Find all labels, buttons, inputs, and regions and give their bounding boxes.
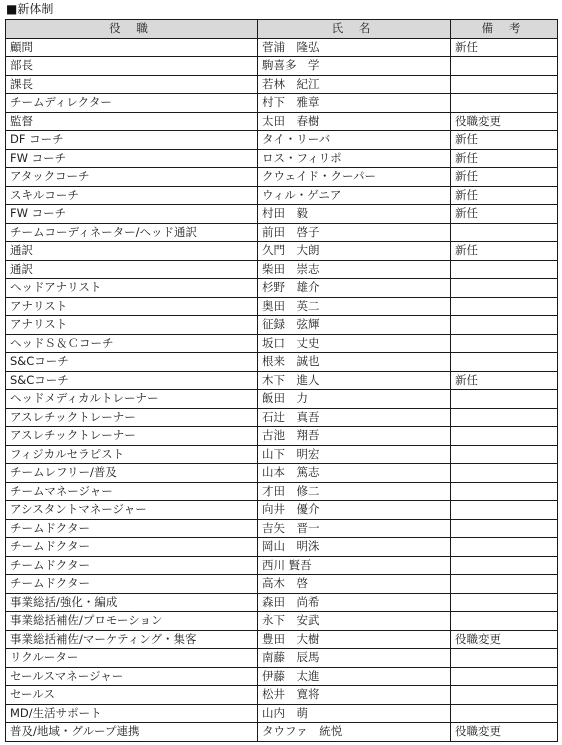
cell-note xyxy=(451,464,558,483)
cell-note: 新任 xyxy=(451,38,558,57)
cell-name: タイ・リーバ xyxy=(258,131,451,150)
cell-note: 役職変更 xyxy=(451,630,558,649)
table-row: アスレチックトレーナー石辻 真吾 xyxy=(6,408,558,427)
table-row: リクルーター南藤 辰馬 xyxy=(6,649,558,668)
cell-name: 森田 尚希 xyxy=(258,593,451,612)
table-row: FW コーチロス・フィリポ新任 xyxy=(6,149,558,168)
table-row: S&Cコーチ木下 進人新任 xyxy=(6,371,558,390)
cell-name: 駒喜多 学 xyxy=(258,57,451,76)
cell-role: セールスマネージャー xyxy=(6,667,258,686)
cell-role: アシスタントマネージャー xyxy=(6,501,258,520)
cell-note xyxy=(451,519,558,538)
cell-note xyxy=(451,57,558,76)
cell-name: ウィル・ゲニア xyxy=(258,186,451,205)
cell-role: 監督 xyxy=(6,112,258,131)
cell-role: ヘッドＳ＆Ｃコーチ xyxy=(6,334,258,353)
cell-role: 通訳 xyxy=(6,260,258,279)
cell-role: FW コーチ xyxy=(6,205,258,224)
table-body: 顧問菅浦 隆弘新任部長駒喜多 学課長若林 紀江チームディレクター村下 雅章監督太… xyxy=(6,38,558,741)
cell-name: 吉矢 晋一 xyxy=(258,519,451,538)
table-row: 監督太田 春樹役職変更 xyxy=(6,112,558,131)
table-row: ヘッドＳ＆Ｃコーチ坂口 丈史 xyxy=(6,334,558,353)
cell-name: 柴田 崇志 xyxy=(258,260,451,279)
cell-name: 村下 雅章 xyxy=(258,94,451,113)
cell-role: アスレチックトレーナー xyxy=(6,427,258,446)
table-row: 事業総括補佐/マーケティング・集客豊田 大樹役職変更 xyxy=(6,630,558,649)
cell-note: 新任 xyxy=(451,131,558,150)
cell-note xyxy=(451,538,558,557)
cell-note xyxy=(451,482,558,501)
cell-note xyxy=(451,445,558,464)
table-row: 事業総括/強化・編成森田 尚希 xyxy=(6,593,558,612)
table-row: ヘッドアナリスト杉野 雄介 xyxy=(6,279,558,298)
cell-name: 根来 誠也 xyxy=(258,353,451,372)
table-row: 顧問菅浦 隆弘新任 xyxy=(6,38,558,57)
cell-note: 役職変更 xyxy=(451,112,558,131)
section-title: ■新体制 xyxy=(6,2,53,17)
cell-role: アスレチックトレーナー xyxy=(6,408,258,427)
cell-note xyxy=(451,575,558,594)
cell-name: 若林 紀江 xyxy=(258,75,451,94)
cell-name: 南藤 辰馬 xyxy=(258,649,451,668)
cell-note xyxy=(451,649,558,668)
cell-note: 新任 xyxy=(451,186,558,205)
table-row: チームレフリー/普及山本 篤志 xyxy=(6,464,558,483)
cell-role: S&Cコーチ xyxy=(6,371,258,390)
cell-name: 山下 明宏 xyxy=(258,445,451,464)
table-row: チームコーディネーター/ヘッド通訳前田 啓子 xyxy=(6,223,558,242)
cell-name: タウファ 統悦 xyxy=(258,723,451,742)
cell-name: 才田 修二 xyxy=(258,482,451,501)
table-row: 普及/地域・グループ連携タウファ 統悦役職変更 xyxy=(6,723,558,742)
cell-name: 太田 春樹 xyxy=(258,112,451,131)
table-row: ヘッドメディカルトレーナー飯田 力 xyxy=(6,390,558,409)
table-row: セールスマネージャー伊藤 太進 xyxy=(6,667,558,686)
header-note: 備 考 xyxy=(451,20,558,39)
cell-role: リクルーター xyxy=(6,649,258,668)
cell-role: チームコーディネーター/ヘッド通訳 xyxy=(6,223,258,242)
header-name: 氏 名 xyxy=(258,20,451,39)
cell-name: 奥田 英二 xyxy=(258,297,451,316)
cell-name: 永下 安武 xyxy=(258,612,451,631)
table-row: アスレチックトレーナー古池 翔吾 xyxy=(6,427,558,446)
cell-role: チームドクター xyxy=(6,519,258,538)
table-row: S&Cコーチ根来 誠也 xyxy=(6,353,558,372)
cell-note xyxy=(451,408,558,427)
cell-name: 豊田 大樹 xyxy=(258,630,451,649)
cell-role: 事業総括補佐/プロモーション xyxy=(6,612,258,631)
cell-name: 山内 萌 xyxy=(258,704,451,723)
cell-role: FW コーチ xyxy=(6,149,258,168)
cell-note xyxy=(451,612,558,631)
cell-name: 古池 翔吾 xyxy=(258,427,451,446)
cell-role: ヘッドアナリスト xyxy=(6,279,258,298)
cell-note xyxy=(451,667,558,686)
cell-name: 向井 優介 xyxy=(258,501,451,520)
table-row: DF コーチタイ・リーバ新任 xyxy=(6,131,558,150)
cell-note xyxy=(451,297,558,316)
table-row: アナリスト征録 弦輝 xyxy=(6,316,558,335)
cell-role: スキルコーチ xyxy=(6,186,258,205)
cell-name: クウェイド・クーパー xyxy=(258,168,451,187)
cell-role: 通訳 xyxy=(6,242,258,261)
table-row: チームマネージャー才田 修二 xyxy=(6,482,558,501)
cell-role: 課長 xyxy=(6,75,258,94)
cell-role: フィジカルセラピスト xyxy=(6,445,258,464)
cell-note xyxy=(451,334,558,353)
table-row: 部長駒喜多 学 xyxy=(6,57,558,76)
table-row: 通訳柴田 崇志 xyxy=(6,260,558,279)
cell-role: DF コーチ xyxy=(6,131,258,150)
cell-name: 高木 啓 xyxy=(258,575,451,594)
cell-name: 石辻 真吾 xyxy=(258,408,451,427)
cell-note xyxy=(451,75,558,94)
cell-note xyxy=(451,704,558,723)
table-row: スキルコーチウィル・ゲニア新任 xyxy=(6,186,558,205)
cell-note xyxy=(451,390,558,409)
table-row: フィジカルセラピスト山下 明宏 xyxy=(6,445,558,464)
table-row: アシスタントマネージャー向井 優介 xyxy=(6,501,558,520)
cell-role: 事業総括/強化・編成 xyxy=(6,593,258,612)
cell-role: 普及/地域・グループ連携 xyxy=(6,723,258,742)
cell-name: 久門 大朗 xyxy=(258,242,451,261)
table-row: FW コーチ村田 毅新任 xyxy=(6,205,558,224)
table-row: チームドクター吉矢 晋一 xyxy=(6,519,558,538)
cell-role: 部長 xyxy=(6,57,258,76)
cell-note: 新任 xyxy=(451,242,558,261)
cell-name: 征録 弦輝 xyxy=(258,316,451,335)
cell-name: 飯田 力 xyxy=(258,390,451,409)
cell-name: 菅浦 隆弘 xyxy=(258,38,451,57)
cell-role: セールス xyxy=(6,686,258,705)
table-row: チームドクター岡山 明洙 xyxy=(6,538,558,557)
cell-role: 顧問 xyxy=(6,38,258,57)
cell-note: 役職変更 xyxy=(451,723,558,742)
cell-role: チームディレクター xyxy=(6,94,258,113)
cell-role: チームドクター xyxy=(6,538,258,557)
table-row: 通訳久門 大朗新任 xyxy=(6,242,558,261)
cell-note xyxy=(451,223,558,242)
cell-note xyxy=(451,556,558,575)
cell-note xyxy=(451,593,558,612)
staff-roster-table: 役 職 氏 名 備 考 顧問菅浦 隆弘新任部長駒喜多 学課長若林 紀江チームディ… xyxy=(5,19,558,742)
cell-note: 新任 xyxy=(451,168,558,187)
cell-note xyxy=(451,279,558,298)
cell-name: 西川 賢吾 xyxy=(258,556,451,575)
cell-role: チームドクター xyxy=(6,556,258,575)
cell-name: 伊藤 太進 xyxy=(258,667,451,686)
cell-note: 新任 xyxy=(451,149,558,168)
cell-role: チームマネージャー xyxy=(6,482,258,501)
cell-name: ロス・フィリポ xyxy=(258,149,451,168)
cell-note: 新任 xyxy=(451,205,558,224)
table-row: アタックコーチクウェイド・クーパー新任 xyxy=(6,168,558,187)
table-row: セールス松井 寛将 xyxy=(6,686,558,705)
table-row: 事業総括補佐/プロモーション永下 安武 xyxy=(6,612,558,631)
table-row: アナリスト奥田 英二 xyxy=(6,297,558,316)
cell-role: チームレフリー/普及 xyxy=(6,464,258,483)
table-row: チームディレクター村下 雅章 xyxy=(6,94,558,113)
table-header-row: 役 職 氏 名 備 考 xyxy=(6,20,558,39)
cell-note xyxy=(451,316,558,335)
cell-name: 山本 篤志 xyxy=(258,464,451,483)
table-row: MD/生活サポート山内 萌 xyxy=(6,704,558,723)
cell-role: チームドクター xyxy=(6,575,258,594)
cell-role: アナリスト xyxy=(6,297,258,316)
cell-role: アナリスト xyxy=(6,316,258,335)
cell-note xyxy=(451,260,558,279)
cell-note xyxy=(451,501,558,520)
cell-role: S&Cコーチ xyxy=(6,353,258,372)
cell-role: ヘッドメディカルトレーナー xyxy=(6,390,258,409)
cell-note xyxy=(451,427,558,446)
cell-note xyxy=(451,353,558,372)
cell-name: 前田 啓子 xyxy=(258,223,451,242)
cell-name: 杉野 雄介 xyxy=(258,279,451,298)
cell-role: MD/生活サポート xyxy=(6,704,258,723)
cell-name: 村田 毅 xyxy=(258,205,451,224)
cell-name: 木下 進人 xyxy=(258,371,451,390)
table-row: 課長若林 紀江 xyxy=(6,75,558,94)
table-row: チームドクター西川 賢吾 xyxy=(6,556,558,575)
header-role: 役 職 xyxy=(6,20,258,39)
cell-name: 坂口 丈史 xyxy=(258,334,451,353)
cell-role: アタックコーチ xyxy=(6,168,258,187)
cell-note xyxy=(451,94,558,113)
cell-name: 松井 寛将 xyxy=(258,686,451,705)
table-row: チームドクター高木 啓 xyxy=(6,575,558,594)
cell-role: 事業総括補佐/マーケティング・集客 xyxy=(6,630,258,649)
cell-note: 新任 xyxy=(451,371,558,390)
cell-note xyxy=(451,686,558,705)
cell-name: 岡山 明洙 xyxy=(258,538,451,557)
